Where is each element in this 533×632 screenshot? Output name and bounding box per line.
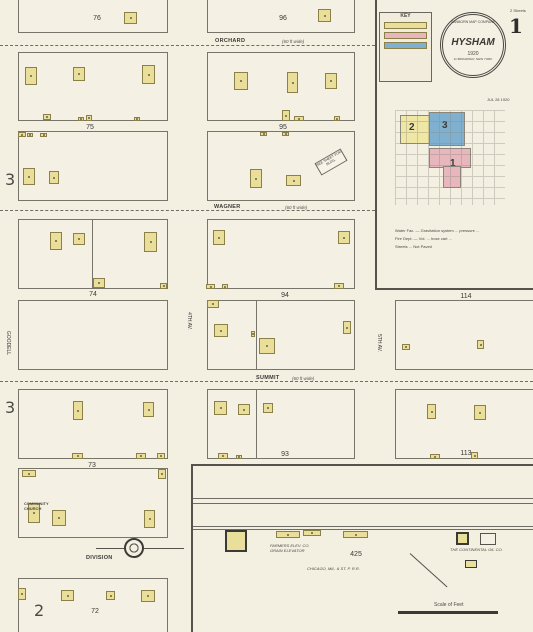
block-number-94: 94 xyxy=(281,292,289,299)
building xyxy=(23,168,35,185)
scale-bar xyxy=(398,611,498,614)
lot-divider xyxy=(256,300,257,370)
building xyxy=(49,171,59,184)
building xyxy=(141,590,155,602)
building xyxy=(50,232,62,250)
block-number-113: 113 xyxy=(460,450,471,457)
block-114 xyxy=(395,300,533,370)
building xyxy=(474,405,486,420)
sheet-ref-2: 2 xyxy=(34,601,44,620)
street-width-wagner: (60 ft wide) xyxy=(285,205,307,210)
building xyxy=(259,338,275,354)
building xyxy=(106,591,115,600)
building xyxy=(343,531,368,538)
street-label-goodell: GOODELL xyxy=(5,331,11,355)
building xyxy=(73,233,85,245)
building xyxy=(250,169,262,188)
compass-rose-icon xyxy=(124,538,144,558)
building xyxy=(325,73,337,89)
oil-tank xyxy=(456,532,469,545)
key-title: KEY xyxy=(380,14,431,19)
building xyxy=(334,116,340,121)
block-94 xyxy=(207,219,355,289)
block-number-72: 72 xyxy=(91,608,99,615)
street-label-division: DIVISION xyxy=(86,555,113,561)
building xyxy=(318,9,331,22)
building xyxy=(207,300,219,308)
block-113 xyxy=(395,389,533,459)
building xyxy=(214,324,228,337)
sanborn-seal: SANBORN MAP COMPANY HYSHAM 1920 11 BROAD… xyxy=(440,12,506,78)
building xyxy=(222,284,228,289)
index-map: 2 3 1 xyxy=(395,110,515,220)
building xyxy=(22,470,36,477)
building xyxy=(18,588,26,600)
block-north-wagner-west xyxy=(18,131,168,201)
building xyxy=(43,114,51,120)
street-label-5th-av: 5TH AV. xyxy=(376,334,382,352)
building xyxy=(343,321,351,334)
building xyxy=(78,117,84,121)
street-line-wagner xyxy=(0,210,375,211)
building xyxy=(338,231,350,244)
street-width-orchard: (60 ft wide) xyxy=(282,39,304,44)
key-swatch xyxy=(384,32,427,39)
building xyxy=(124,12,137,24)
oil-shed xyxy=(480,533,496,545)
rail-track xyxy=(193,503,533,504)
building xyxy=(251,331,255,337)
block-south-94 xyxy=(207,300,355,370)
building xyxy=(144,232,157,252)
building xyxy=(214,401,227,415)
rail-track xyxy=(193,498,533,499)
block-93 xyxy=(207,389,355,459)
sheets-count: 2 Sheets xyxy=(510,8,526,13)
building xyxy=(282,110,290,121)
map-key: KEY xyxy=(379,12,432,82)
block-73-north xyxy=(18,389,168,459)
church-label: COMMUNITY CHURCH xyxy=(24,501,46,511)
building xyxy=(142,65,155,84)
building xyxy=(218,453,228,459)
street-label-wagner: WAGNER xyxy=(214,204,241,210)
street-label-4th-av: 4TH AV. xyxy=(186,312,192,330)
index-notes: Water Fac. — Gravitation system ... pres… xyxy=(395,228,505,249)
building xyxy=(234,72,248,90)
sheet-ref-3: 3 xyxy=(5,170,15,189)
building xyxy=(157,453,165,459)
building xyxy=(286,175,301,186)
grain-elevator-building xyxy=(225,530,247,552)
street-label-orchard: ORCHARD xyxy=(215,38,245,44)
building xyxy=(402,344,410,350)
block-empty-west xyxy=(18,300,168,370)
street-line-summit xyxy=(0,381,533,382)
building xyxy=(134,117,140,121)
building xyxy=(427,404,436,419)
block-number-93: 93 xyxy=(281,451,289,458)
key-swatch xyxy=(384,22,427,29)
building xyxy=(471,452,478,459)
building xyxy=(303,530,321,536)
elevator-label: FARMERS ELEV. CO. GRAIN ELEVATOR xyxy=(270,543,310,553)
building xyxy=(238,404,250,415)
street-line-orchard xyxy=(0,45,375,46)
sheet-number: 1 xyxy=(509,14,523,38)
building xyxy=(158,469,166,479)
building xyxy=(52,510,66,526)
block-number-76: 76 xyxy=(93,15,101,22)
block-number-114: 114 xyxy=(460,293,471,300)
building xyxy=(93,278,105,288)
oil-tank xyxy=(465,560,477,568)
rail-track xyxy=(193,526,533,527)
street-width-summit: (60 ft wide) xyxy=(292,376,314,381)
seal-bottom-text: 11 BROADWAY, NEW YORK xyxy=(443,57,503,62)
key-swatch xyxy=(384,42,427,49)
oil-company-label: THE CONTINENTAL OIL CO. xyxy=(450,547,503,552)
building xyxy=(136,453,146,459)
water-facilities-note: Water Fac. — Gravitation system ... pres… xyxy=(395,228,505,233)
building xyxy=(334,283,344,289)
railway-label: CHICAGO, MIL. & ST. P. R.R. xyxy=(307,566,360,571)
building xyxy=(86,115,92,121)
building xyxy=(73,401,83,420)
building xyxy=(276,531,300,538)
building xyxy=(263,403,273,413)
building xyxy=(73,67,85,81)
seal-town: HYSHAM xyxy=(443,37,503,48)
fire-dept-note: Fire Dept. — Vol. ... hose cart ... xyxy=(395,236,505,241)
building xyxy=(144,510,155,528)
block-number-96: 96 xyxy=(279,15,287,22)
building xyxy=(236,455,242,459)
block-number-74: 74 xyxy=(89,291,97,298)
street-label-summit: SUMMIT xyxy=(256,375,280,381)
building xyxy=(260,132,267,136)
sheet-ref-3: 3 xyxy=(5,398,15,417)
building xyxy=(72,453,83,459)
seal-top-text: SANBORN MAP COMPANY xyxy=(443,20,503,25)
scale-label: Scale of Feet xyxy=(434,603,463,608)
building xyxy=(206,284,215,289)
building xyxy=(143,402,154,417)
building xyxy=(27,133,33,137)
streets-note: Streets ... Not Paved xyxy=(395,244,505,249)
building xyxy=(160,283,167,289)
index-grid xyxy=(395,110,505,205)
building xyxy=(18,132,26,137)
building xyxy=(294,116,304,121)
survey-date: JUL 28 1920 xyxy=(487,97,510,102)
block-75 xyxy=(18,52,168,121)
building xyxy=(282,132,289,136)
block-number-75: 75 xyxy=(86,124,94,131)
block-number-95: 95 xyxy=(279,124,287,131)
building xyxy=(61,590,74,601)
building xyxy=(430,454,440,459)
building xyxy=(25,67,37,85)
lot-divider xyxy=(256,389,257,459)
building xyxy=(477,340,484,349)
block-number-425: 425 xyxy=(350,551,362,558)
building xyxy=(213,230,225,245)
building xyxy=(40,133,47,137)
building xyxy=(287,72,298,93)
